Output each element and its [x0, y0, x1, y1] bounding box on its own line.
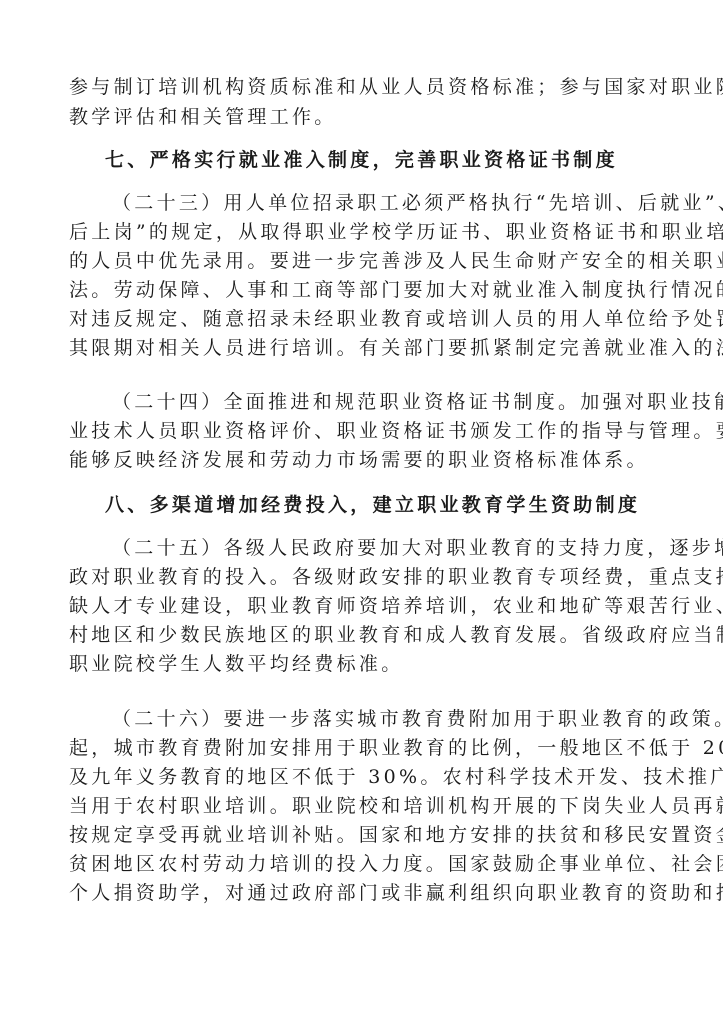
paragraph-25-line: 政对职业教育的投入。各级财政安排的职业教育专项经费，重点支持技能型紧	[69, 565, 659, 589]
paragraph-25-line: 缺人才专业建设，职业教育师资培养培训，农业和地矿等艰苦行业、中西部农	[69, 594, 659, 618]
paragraph-23-line: 其限期对相关人员进行培训。有关部门要抓紧制定完善就业准入的法规和政策。	[69, 336, 659, 360]
document-page: 参与制订培训机构资质标准和从业人员资格标准；参与国家对职业院校的教育 教学评估和…	[0, 0, 723, 1024]
paragraph-line: 教学评估和相关管理工作。	[69, 105, 659, 129]
paragraph-23-line: 法。劳动保障、人事和工商等部门要加大对就业准入制度执行情况的监察力度。	[69, 278, 659, 302]
paragraph-26-line: 按规定享受再就业培训补贴。国家和地方安排的扶贫和移民安置资金要加大对	[69, 823, 659, 847]
paragraph-23-line: （二十三）用人单位招录职工必须严格执行“先培训、后就业”、“先培训、	[112, 191, 659, 215]
paragraph-26-line: 个人捐资助学，对通过政府部门或非赢利组织向职业教育的资助和捐赠，按规	[69, 881, 659, 905]
paragraph-line: 参与制订培训机构资质标准和从业人员资格标准；参与国家对职业院校的教育	[69, 75, 659, 99]
paragraph-25-line: 职业院校学生人数平均经费标准。	[69, 652, 659, 676]
paragraph-24-line: 业技术人员职业资格评价、职业资格证书颁发工作的指导与管理。要尽快建立	[69, 419, 659, 443]
paragraph-26-line: （二十六）要进一步落实城市教育费附加用于职业教育的政策。从 2006 年	[112, 707, 659, 731]
paragraph-25-line: 村地区和少数民族地区的职业教育和成人教育发展。省级政府应当制订本地区	[69, 623, 659, 647]
paragraph-24-line: 能够反映经济发展和劳动力市场需要的职业资格标准体系。	[69, 448, 659, 472]
paragraph-23-line: 的人员中优先录用。要进一步完善涉及人民生命财产安全的相关职业的准入办	[69, 249, 659, 273]
section-heading-7: 七、严格实行就业准入制度，完善职业资格证书制度	[105, 148, 618, 172]
paragraph-26-line: 贫困地区农村劳动力培训的投入力度。国家鼓励企事业单位、社会团体和公民	[69, 852, 659, 876]
paragraph-23-line: 后上岗”的规定，从取得职业学校学历证书、职业资格证书和职业培训合格证书	[69, 220, 659, 244]
section-heading-8: 八、多渠道增加经费投入，建立职业教育学生资助制度	[105, 493, 640, 517]
paragraph-23-line: 对违反规定、随意招录未经职业教育或培训人员的用人单位给予处罚，并责令	[69, 307, 659, 331]
paragraph-26-line: 当用于农村职业培训。职业院校和培训机构开展的下岗失业人员再就业培训可	[69, 794, 659, 818]
paragraph-25-line: （二十五）各级人民政府要加大对职业教育的支持力度，逐步增加公共财	[112, 536, 659, 560]
paragraph-26-line: 起，城市教育费附加安排用于职业教育的比例，一般地区不低于 20%，已经普	[69, 736, 659, 760]
paragraph-24-line: （二十四）全面推进和规范职业资格证书制度。加强对职业技能鉴定、专	[112, 390, 659, 414]
paragraph-26-line: 及九年义务教育的地区不低于 30%。农村科学技术开发、技术推广的经费可适	[69, 765, 659, 789]
